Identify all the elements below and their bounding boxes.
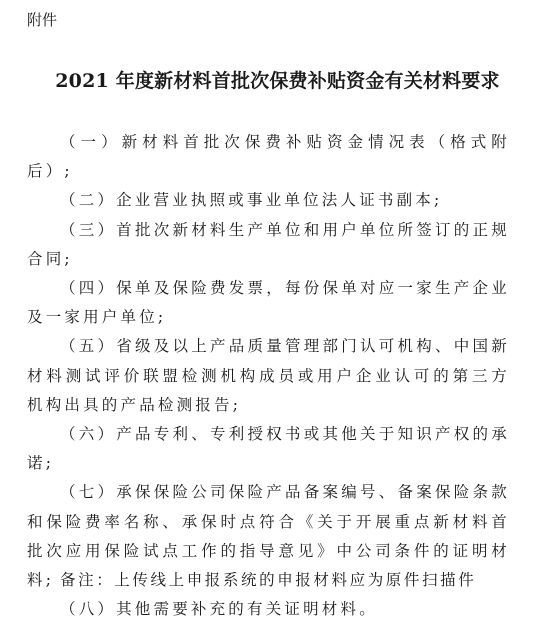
requirement-item-1: （一）新材料首批次保费补贴资金情况表（格式附后）; <box>27 128 510 186</box>
remark-note: 备注：上传线上申报系统的申报材料应为原件扫描件 <box>60 568 476 590</box>
requirement-item-2: （二）企业营业执照或事业单位法人证书副本; <box>27 186 510 215</box>
requirement-item-6: （六）产品专利、专利授权书或其他关于知识产权的承诺; <box>27 420 510 478</box>
requirement-item-4: （四）保单及保险费发票，每份保单对应一家生产企业及一家用户单位; <box>27 274 510 332</box>
requirements-list: （一）新材料首批次保费补贴资金情况表（格式附后）; （二）企业营业执照或事业单位… <box>27 128 510 623</box>
document-title: 2021 年度新材料首批次保费补贴资金有关材料要求 <box>0 66 555 93</box>
attachment-label: 附件 <box>27 9 57 30</box>
requirement-item-8: （八）其他需要补充的有关证明材料。 <box>27 595 510 623</box>
requirement-item-3: （三）首批次新材料生产单位和用户单位所签订的正规合同; <box>27 216 510 274</box>
requirement-item-5: （五）省级及以上产品质量管理部门认可机构、中国新材料测试评价联盟检测机构成员或用… <box>27 332 510 420</box>
